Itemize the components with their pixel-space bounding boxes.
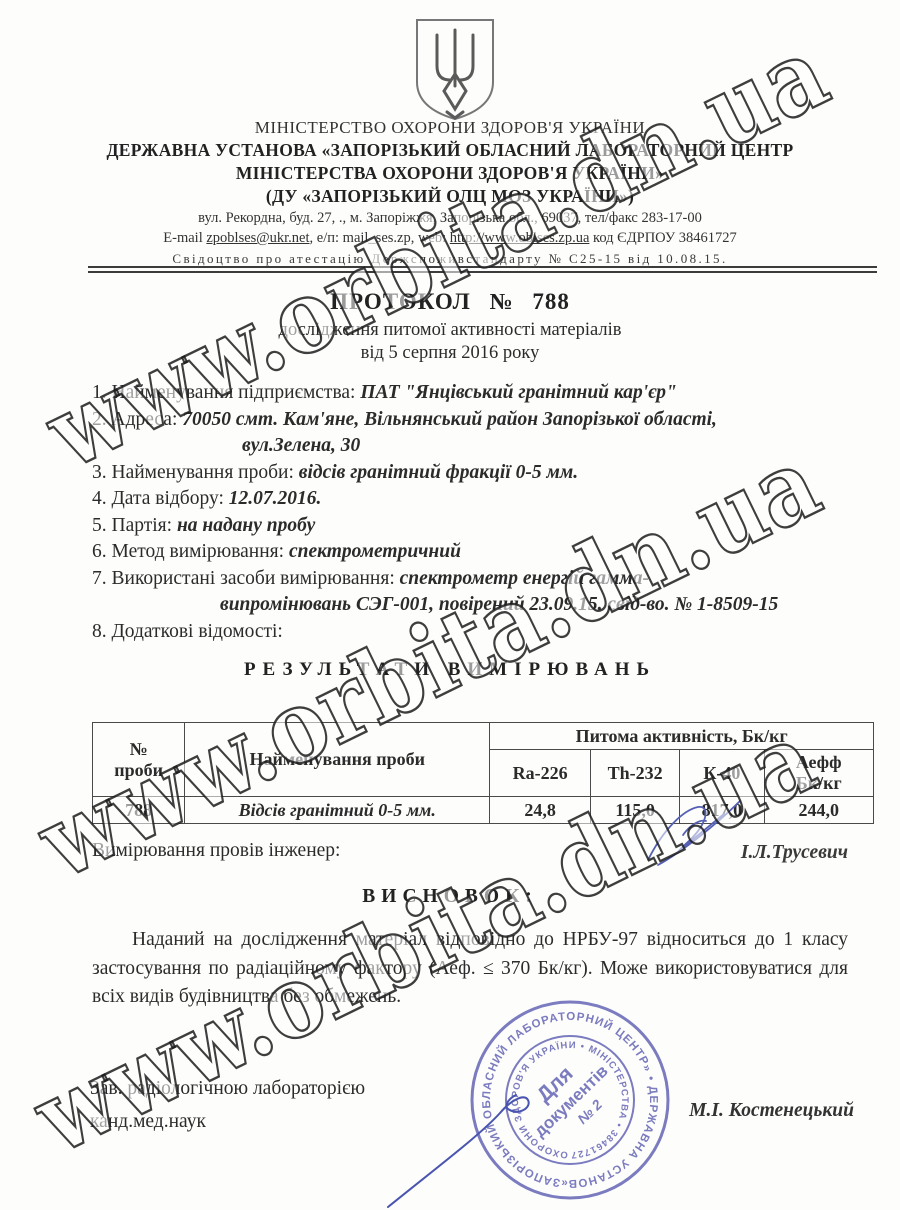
stamp-inner-ring-text: ОХОРОНИ ЗДОРОВ'Я УКРАЇНИ • МІНІСТЕРСТВА … [380, 995, 630, 1160]
list-item-8: 8. Додаткові відомості: [92, 619, 852, 646]
double-rule-divider [88, 266, 877, 273]
list-item-4: 4. Дата відбору: 12.07.2016. [92, 486, 852, 513]
cell-aeff-value: 244,0 [764, 797, 874, 824]
conclusion-heading: ВИСНОВОК: [0, 886, 900, 908]
table-row: 788 Відсів гранітний 0-5 мм. 24,8 115,0 … [93, 797, 874, 824]
email-label: E-mail [163, 230, 206, 246]
list-item-2-continued: вул.Зелена, 30 [92, 433, 852, 460]
results-table: № проби Найменування проби Питома активн… [92, 722, 874, 824]
head-signature [388, 1095, 529, 1207]
list-item-3: 3. Найменування проби: відсів гранітний … [92, 460, 852, 487]
footer-position-line-2: канд.мед.наук [90, 1105, 365, 1138]
website-url: http://www.oblses.zp.ua [450, 230, 590, 246]
column-header-aeff: Аефф Бк/кг [764, 750, 874, 797]
cell-ra226-value: 24,8 [490, 797, 591, 824]
coat-of-arms-icon [410, 16, 500, 124]
cell-th232-value: 115,0 [590, 797, 679, 824]
list-item-2: 2. Адреса: 70050 смт. Кам'яне, Вільнянсь… [92, 407, 852, 434]
contacts-line: E-mail zpoblses@ukr.net, е/п: mail_ses.z… [0, 230, 900, 247]
stamp-center-line-2: документів [530, 1061, 611, 1140]
protocol-title: ПРОТОКОЛ № 788 [0, 289, 900, 315]
footer-position-line-1: Зав. радіологічною лабораторією [90, 1072, 365, 1105]
edrpou-code: код ЄДРПОУ 38461727 [589, 230, 736, 246]
conclusion-text: Наданий на дослідження матеріал відповід… [92, 926, 848, 1012]
ministry-line: МІНІСТЕРСТВО ОХОРОНИ ЗДОРОВ'Я УКРАЇНИ [0, 118, 900, 138]
laboratory-head-name: М.І. Костенецький [689, 1100, 854, 1122]
list-item-1: 1. Найменування підприємства: ПАТ "Янців… [92, 380, 852, 407]
svg-text:«ЗАПОРІЗЬКИЙ ОБЛАСНИЙ ЛАБОРАТО: «ЗАПОРІЗЬКИЙ ОБЛАСНИЙ ЛАБОРАТОРНИЙ ЦЕНТР… [380, 995, 659, 1189]
results-heading: РЕЗУЛЬТАТИ ВИМІРЮВАНЬ [0, 659, 900, 681]
list-item-7: 7. Використані засоби вимірювання: спект… [92, 566, 852, 593]
address-line: вул. Рекордна, буд. 27, ., м. Запоріжжя,… [0, 210, 900, 227]
cell-sample-no: 788 [93, 797, 185, 824]
org-name-line-2: МІНІСТЕРСТВА ОХОРОНИ ЗДОРОВ'Я УКРАЇНИ» [0, 163, 900, 184]
column-header-activity-group: Питома активність, Бк/кг [490, 723, 874, 750]
protocol-items-list: 1. Найменування підприємства: ПАТ "Янців… [92, 380, 852, 645]
cell-sample-name: Відсів гранітний 0-5 мм. [185, 797, 490, 824]
protocol-subtitle-1: дослідження питомої активності матеріалі… [0, 320, 900, 341]
svg-text:ОХОРОНИ ЗДОРОВ'Я УКРАЇНИ • МІ: ОХОРОНИ ЗДОРОВ'Я УКРАЇНИ • МІНІСТЕРСТВА … [380, 995, 630, 1160]
stamp-outer-ring-text: «ЗАПОРІЗЬКИЙ ОБЛАСНИЙ ЛАБОРАТОРНИЙ ЦЕНТР… [380, 995, 659, 1189]
column-header-sample-no: № проби [93, 723, 185, 797]
column-header-sample-name: Найменування проби [185, 723, 490, 797]
engineer-name: І.Л.Трусевич [741, 842, 848, 864]
scanned-protocol-document: МІНІСТЕРСТВО ОХОРОНИ ЗДОРОВ'Я УКРАЇНИ ДЕ… [0, 0, 900, 1210]
email-address: zpoblses@ukr.net [206, 230, 309, 246]
measured-by-label: Вимірювання провів інженер: [92, 840, 340, 862]
contacts-middle: , е/п: mail_ses.zp, web: [310, 230, 450, 246]
org-name-line-3: (ДУ «ЗАПОРІЗЬКИЙ ОЛЦ МОЗ УКРАЇНИ») [0, 186, 900, 207]
footer-position: Зав. радіологічною лабораторією канд.мед… [90, 1072, 365, 1138]
list-item-5: 5. Партія: на надану пробу [92, 513, 852, 540]
column-header-th232: Th-232 [590, 750, 679, 797]
list-item-6: 6. Метод вимірювання: спектрометричний [92, 539, 852, 566]
protocol-subtitle-2: від 5 серпня 2016 року [0, 343, 900, 364]
cell-k40-value: 817,0 [680, 797, 764, 824]
stamp-center-line-3: № 2 [574, 1096, 605, 1127]
stamp-center-line-1: Для [532, 1062, 577, 1107]
column-header-k40: К-40 [680, 750, 764, 797]
org-name-line-1: ДЕРЖАВНА УСТАНОВА «ЗАПОРІЗЬКИЙ ОБЛАСНИЙ … [0, 140, 900, 161]
column-header-ra226: Ra-226 [490, 750, 591, 797]
list-item-7-continued: випромінювань СЭГ-001, повірений 23.09.1… [92, 592, 852, 619]
certificate-line: Свідоцтво про атестацію Держспоживстанда… [0, 251, 900, 267]
round-stamp: «ЗАПОРІЗЬКИЙ ОБЛАСНИЙ ЛАБОРАТОРНИЙ ЦЕНТР… [380, 995, 685, 1210]
